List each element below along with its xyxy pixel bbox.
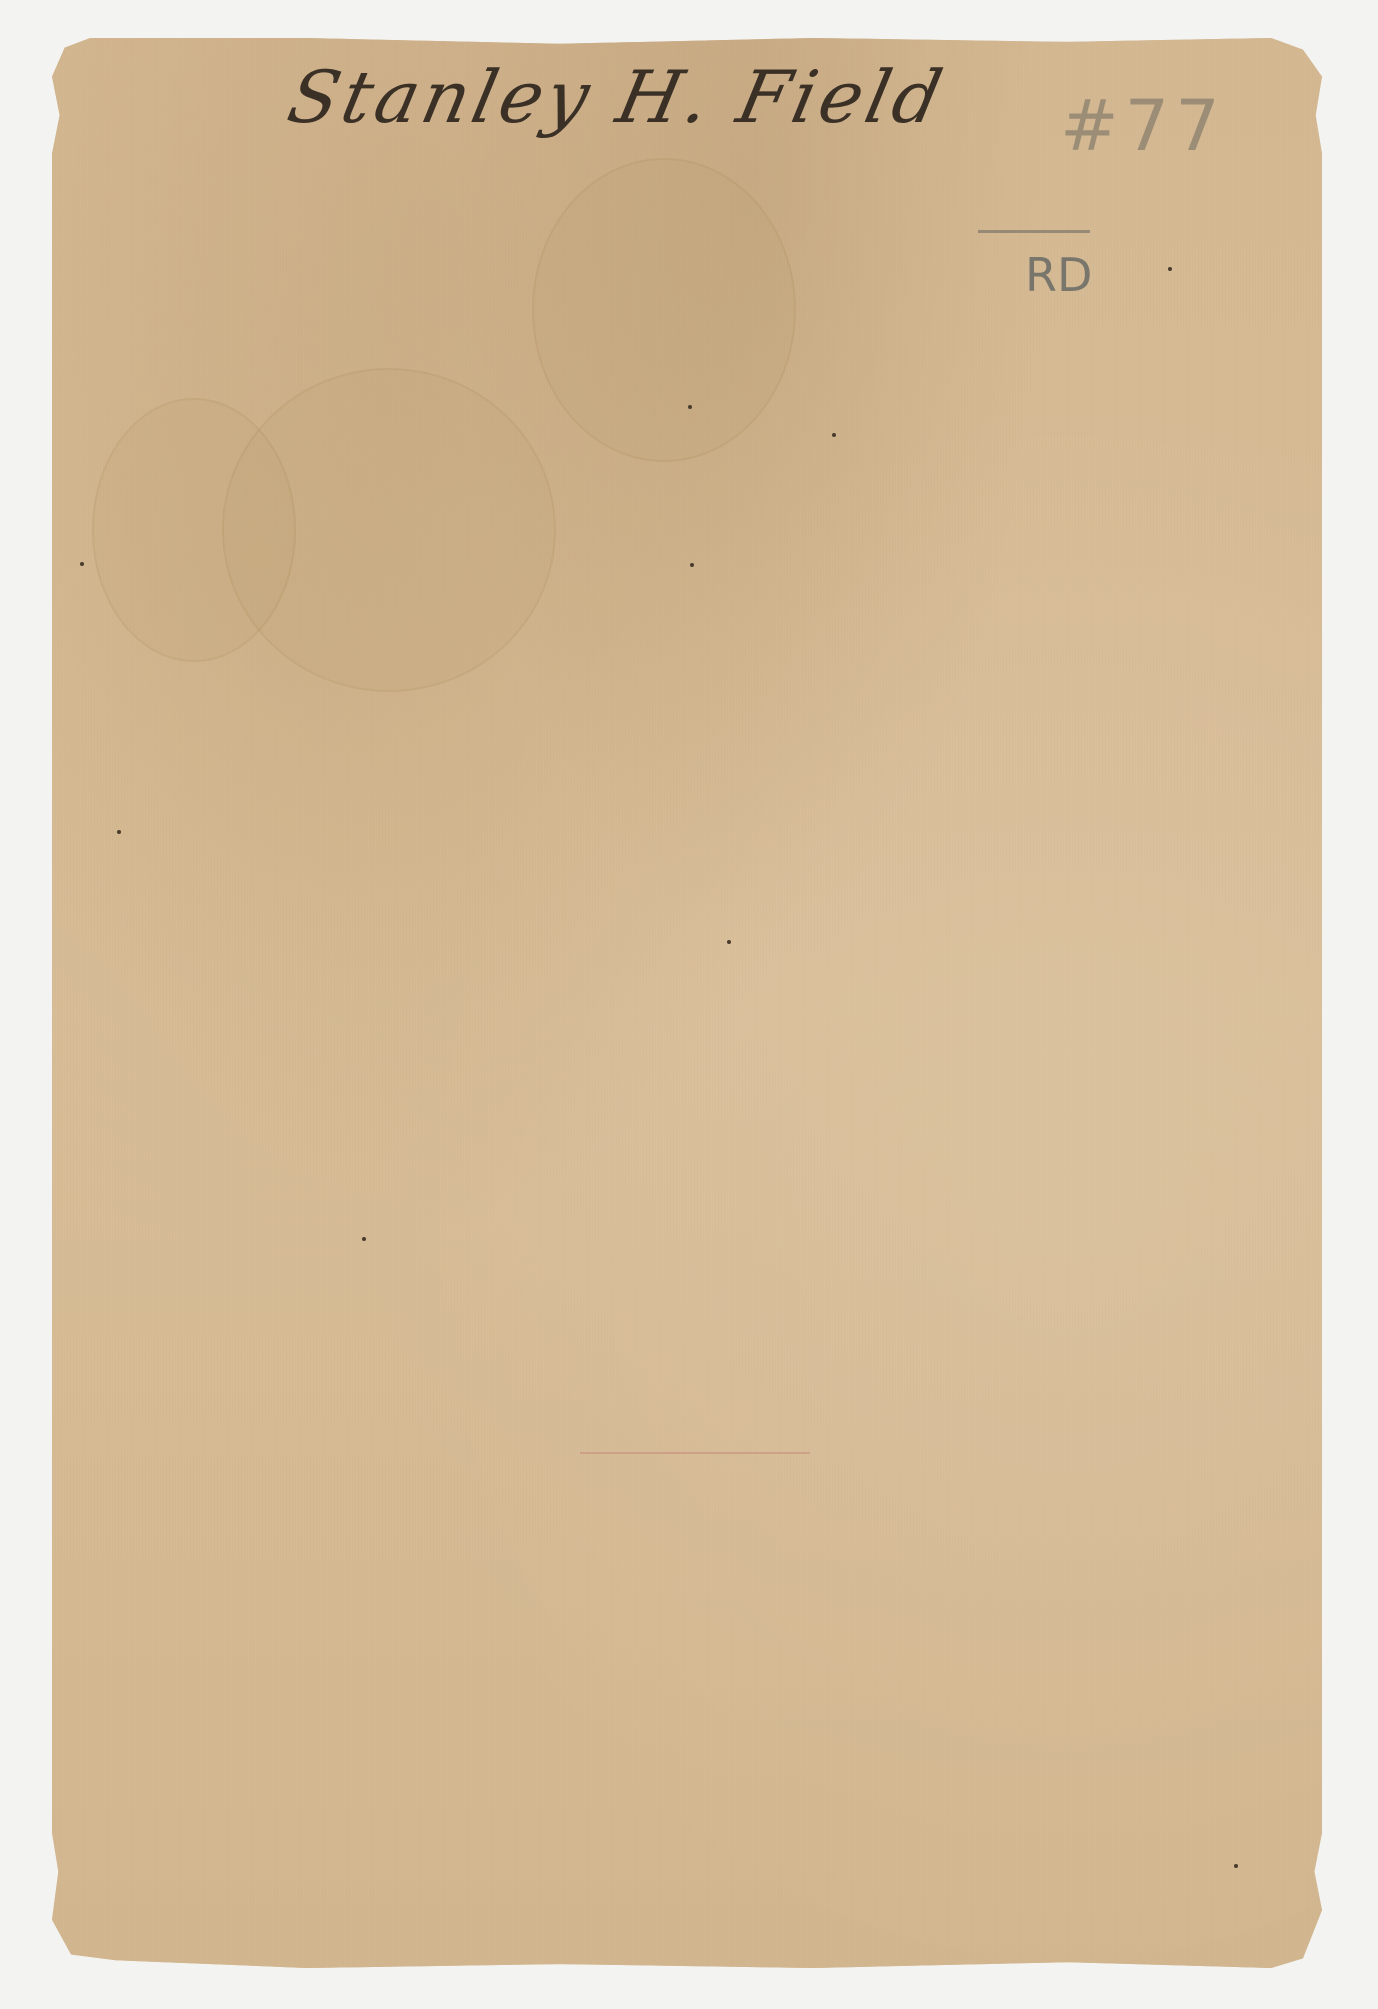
speck	[80, 562, 84, 566]
pencil-underline	[978, 230, 1090, 233]
pencil-initials: RD	[1025, 248, 1092, 302]
faint-red-mark	[580, 1452, 810, 1454]
speck	[362, 1237, 366, 1241]
speck	[690, 563, 694, 567]
speck	[832, 433, 836, 437]
speck	[117, 830, 121, 834]
water-stain	[92, 398, 296, 662]
speck	[1234, 1864, 1238, 1868]
pencil-catalog-number: #77	[1060, 85, 1226, 167]
speck	[688, 405, 692, 409]
speck	[727, 940, 731, 944]
speck	[1168, 267, 1172, 271]
water-stain	[532, 158, 796, 462]
cabinet-card-back	[52, 38, 1322, 1968]
handwritten-signature: Stanley H. Field	[281, 55, 953, 139]
